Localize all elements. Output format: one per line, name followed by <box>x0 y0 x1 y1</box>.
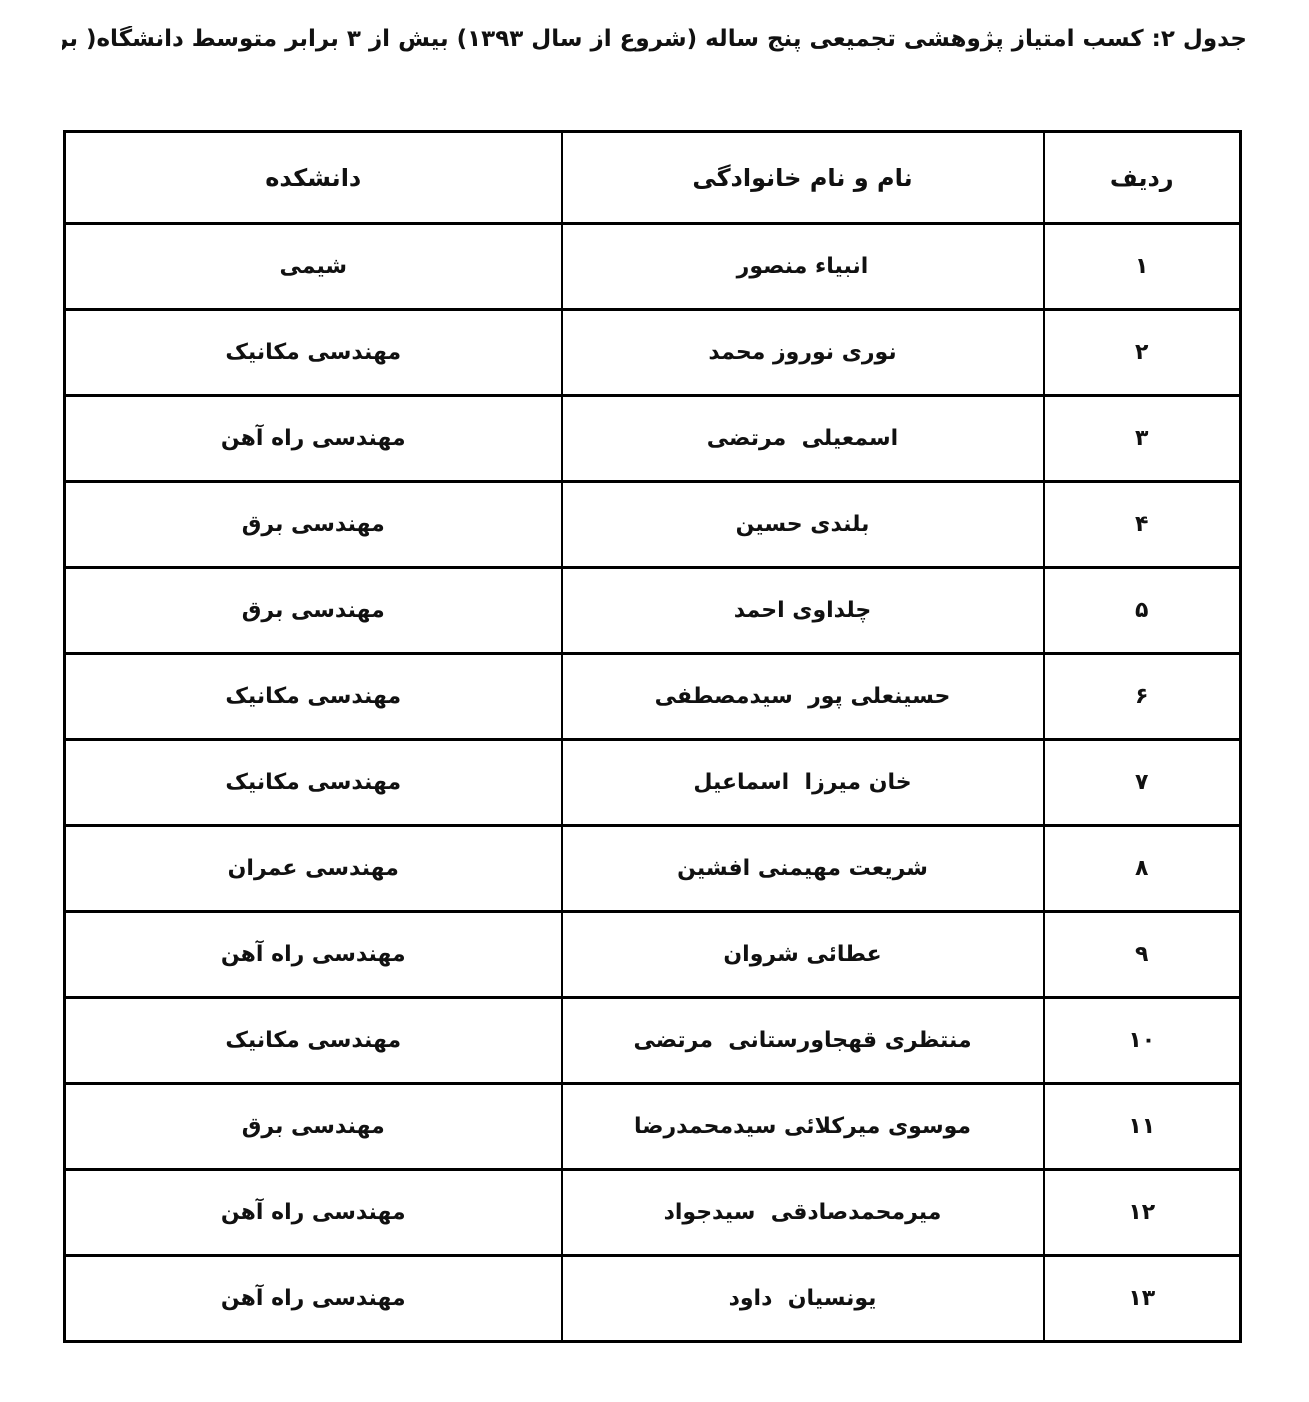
name-cell: شریعت مهیمنی افشین <box>562 826 1044 912</box>
table-row: ۸ شریعت مهیمنی افشین مهندسی عمران <box>65 826 1241 912</box>
row-number-cell: ۶ <box>1044 654 1241 740</box>
name-cell: چلداوی احمد <box>562 568 1044 654</box>
faculty-cell: مهندسی برق <box>65 568 562 654</box>
faculty-cell: مهندسی راه آهن <box>65 912 562 998</box>
table-row: ۱۰ منتظری قهجاورستانی مرتضی مهندسی مکانی… <box>65 998 1241 1084</box>
name-cell: انبیاء منصور <box>562 224 1044 310</box>
row-number-cell: ۵ <box>1044 568 1241 654</box>
row-number-cell: ۱۱ <box>1044 1084 1241 1170</box>
faculty-cell: شیمی <box>65 224 562 310</box>
faculty-cell: مهندسی مکانیک <box>65 310 562 396</box>
row-number-cell: ۳ <box>1044 396 1241 482</box>
row-number-cell: ۸ <box>1044 826 1241 912</box>
row-number-cell: ۱ <box>1044 224 1241 310</box>
row-number-cell: ۹ <box>1044 912 1241 998</box>
name-cell: یونسیان داود <box>562 1256 1044 1342</box>
table-row: ۱۱ موسوی میرکلائی سیدمحمدرضا مهندسی برق <box>65 1084 1241 1170</box>
table-row: ۹ عطائی شروان مهندسی راه آهن <box>65 912 1241 998</box>
table-row: ۳ اسمعیلی مرتضی مهندسی راه آهن <box>65 396 1241 482</box>
name-cell: بلندی حسین <box>562 482 1044 568</box>
name-cell: منتظری قهجاورستانی مرتضی <box>562 998 1044 1084</box>
name-cell: اسمعیلی مرتضی <box>562 396 1044 482</box>
name-cell: نوری نوروز محمد <box>562 310 1044 396</box>
faculty-cell: مهندسی عمران <box>65 826 562 912</box>
page-title: جدول ۲: کسب امتیاز پژوهشی تجمیعی پنج سال… <box>62 26 1247 52</box>
name-cell: عطائی شروان <box>562 912 1044 998</box>
faculty-cell: مهندسی راه آهن <box>65 1170 562 1256</box>
faculty-cell: مهندسی مکانیک <box>65 998 562 1084</box>
table-row: ۵ چلداوی احمد مهندسی برق <box>65 568 1241 654</box>
table-row: ۱۲ میرمحمدصادقی سیدجواد مهندسی راه آهن <box>65 1170 1241 1256</box>
row-number-cell: ۴ <box>1044 482 1241 568</box>
name-cell: موسوی میرکلائی سیدمحمدرضا <box>562 1084 1044 1170</box>
faculty-cell: مهندسی برق <box>65 482 562 568</box>
row-number-cell: ۷ <box>1044 740 1241 826</box>
table-row: ۷ خان میرزا اسماعیل مهندسی مکانیک <box>65 740 1241 826</box>
table-row: ۱ انبیاء منصور شیمی <box>65 224 1241 310</box>
header-cell-faculty: دانشکده <box>65 132 562 224</box>
document-page: جدول ۲: کسب امتیاز پژوهشی تجمیعی پنج سال… <box>0 0 1309 1402</box>
faculty-cell: مهندسی مکانیک <box>65 740 562 826</box>
table-row: ۲ نوری نوروز محمد مهندسی مکانیک <box>65 310 1241 396</box>
name-cell: حسینعلی پور سیدمصطفی <box>562 654 1044 740</box>
table-row: ۱۳ یونسیان داود مهندسی راه آهن <box>65 1256 1241 1342</box>
name-cell: خان میرزا اسماعیل <box>562 740 1044 826</box>
row-number-cell: ۱۲ <box>1044 1170 1241 1256</box>
header-cell-row-number: ردیف <box>1044 132 1241 224</box>
row-number-cell: ۲ <box>1044 310 1241 396</box>
name-cell: میرمحمدصادقی سیدجواد <box>562 1170 1044 1256</box>
faculty-cell: مهندسی برق <box>65 1084 562 1170</box>
row-number-cell: ۱۳ <box>1044 1256 1241 1342</box>
header-cell-name: نام و نام خانوادگی <box>562 132 1044 224</box>
faculty-cell: مهندسی راه آهن <box>65 396 562 482</box>
faculty-cell: مهندسی مکانیک <box>65 654 562 740</box>
table-row: ۴ بلندی حسین مهندسی برق <box>65 482 1241 568</box>
faculty-score-table: ردیف نام و نام خانوادگی دانشکده ۱ انبیاء… <box>63 130 1242 1343</box>
faculty-cell: مهندسی راه آهن <box>65 1256 562 1342</box>
header-row: ردیف نام و نام خانوادگی دانشکده <box>65 132 1241 224</box>
row-number-cell: ۱۰ <box>1044 998 1241 1084</box>
table-row: ۶ حسینعلی پور سیدمصطفی مهندسی مکانیک <box>65 654 1241 740</box>
